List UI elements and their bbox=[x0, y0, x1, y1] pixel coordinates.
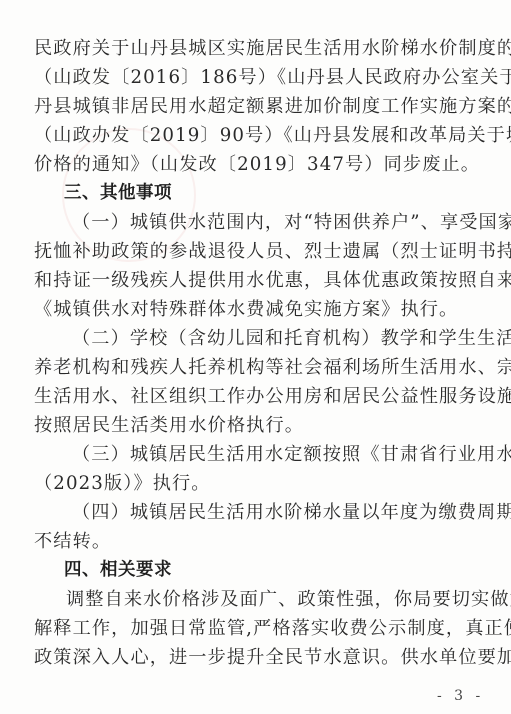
body-text-line: （一）城镇供水范围内，对“特困供养户”、享受国家定期 bbox=[72, 208, 474, 237]
body-text-line: 不结转。 bbox=[34, 527, 474, 556]
body-text-line: 和持证一级残疾人提供用水优惠，具体优惠政策按照自来水公司 bbox=[34, 266, 474, 295]
body-text-line: 政策深入人心，进一步提升全民节水意识。供水单位要加强经营 bbox=[34, 643, 474, 672]
section-heading-other-matters: 三、其他事项 bbox=[64, 179, 466, 208]
body-text-line: 《城镇供水对特殊群体水费减免实施方案》执行。 bbox=[34, 295, 474, 324]
body-text-line: 抚恤补助政策的参战退役人员、烈士遗属（烈士证明书持证人） bbox=[34, 237, 474, 266]
body-text-line: 民政府关于山丹县城区实施居民生活用水阶梯水价制度的批复》 bbox=[34, 34, 474, 63]
body-text-line: 价格的通知》（山发改〔2019〕347号）同步废止。 bbox=[34, 150, 474, 179]
body-text-line: （2023版）》执行。 bbox=[34, 469, 474, 498]
body-text-line: 调整自来水价格涉及面广、政策性强，你局要切实做好宣传 bbox=[66, 585, 474, 614]
body-text-line: （三）城镇居民生活用水定额按照《甘肃省行业用水定额 bbox=[72, 440, 474, 469]
body-text-line: 生活用水、社区组织工作办公用房和居民公益性服务设施用水等， bbox=[34, 382, 474, 411]
body-text-line: （二）学校（含幼儿园和托育机构）教学和学生生活用水、 bbox=[72, 324, 474, 353]
body-text-line: 丹县城镇非居民用水超定额累进加价制度工作实施方案的通知》 bbox=[34, 92, 474, 121]
body-text-line: 按照居民生活类用水价格执行。 bbox=[34, 411, 474, 440]
section-heading-requirements: 四、相关要求 bbox=[64, 556, 466, 585]
body-text-line: 养老机构和残疾人托养机构等社会福利场所生活用水、宗教场所 bbox=[34, 353, 474, 382]
page-number: - 3 - bbox=[437, 688, 484, 704]
body-text-line: （山政发〔2016〕186号）《山丹县人民政府办公室关于印发山 bbox=[34, 63, 474, 92]
body-text-line: 解释工作，加强日常监管,严格落实收费公示制度，真正使价格 bbox=[34, 614, 474, 643]
document-page: 民政府关于山丹县城区实施居民生活用水阶梯水价制度的批复》 （山政发〔2016〕1… bbox=[0, 0, 511, 714]
body-text-line: （山政办发〔2019〕90号）《山丹县发展和改革局关于城市供水 bbox=[34, 121, 474, 150]
body-text-line: （四）城镇居民生活用水阶梯水量以年度为缴费周期结算， bbox=[72, 498, 474, 527]
